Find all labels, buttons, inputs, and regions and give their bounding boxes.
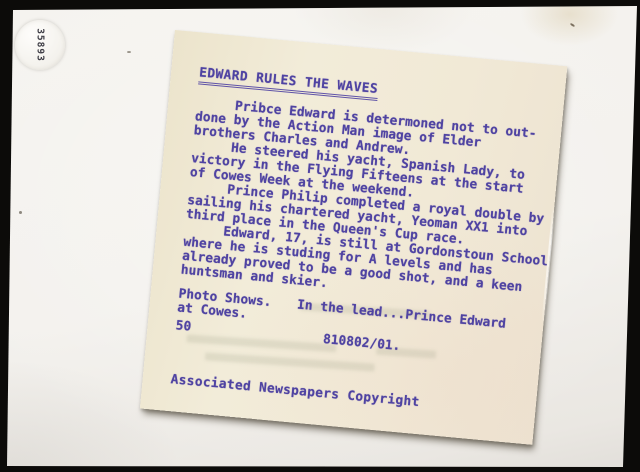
archive-number: 35893 xyxy=(35,28,46,62)
photo-number: 50 xyxy=(175,318,192,334)
ink-bleed-mark xyxy=(186,334,336,352)
ink-bleed-mark xyxy=(205,352,375,371)
photo-reverse: 35893 EDWARD RULES THE WAVES Pribce Edwa… xyxy=(0,0,640,472)
caption-sheet: EDWARD RULES THE WAVES Pribce Edward is … xyxy=(140,30,567,445)
archive-sticker: 35893 xyxy=(15,20,65,70)
caption-title: EDWARD RULES THE WAVES xyxy=(198,65,379,101)
paper-speck xyxy=(19,211,22,214)
copyright-line: Associated Newspapers Copyright xyxy=(170,372,420,410)
caption-body: Pribce Edward is determoned not to out-d… xyxy=(180,96,560,311)
paper-speck xyxy=(127,51,131,53)
paper-speck xyxy=(570,23,575,28)
photo-backdrop: 35893 EDWARD RULES THE WAVES Pribce Edwa… xyxy=(0,0,640,472)
